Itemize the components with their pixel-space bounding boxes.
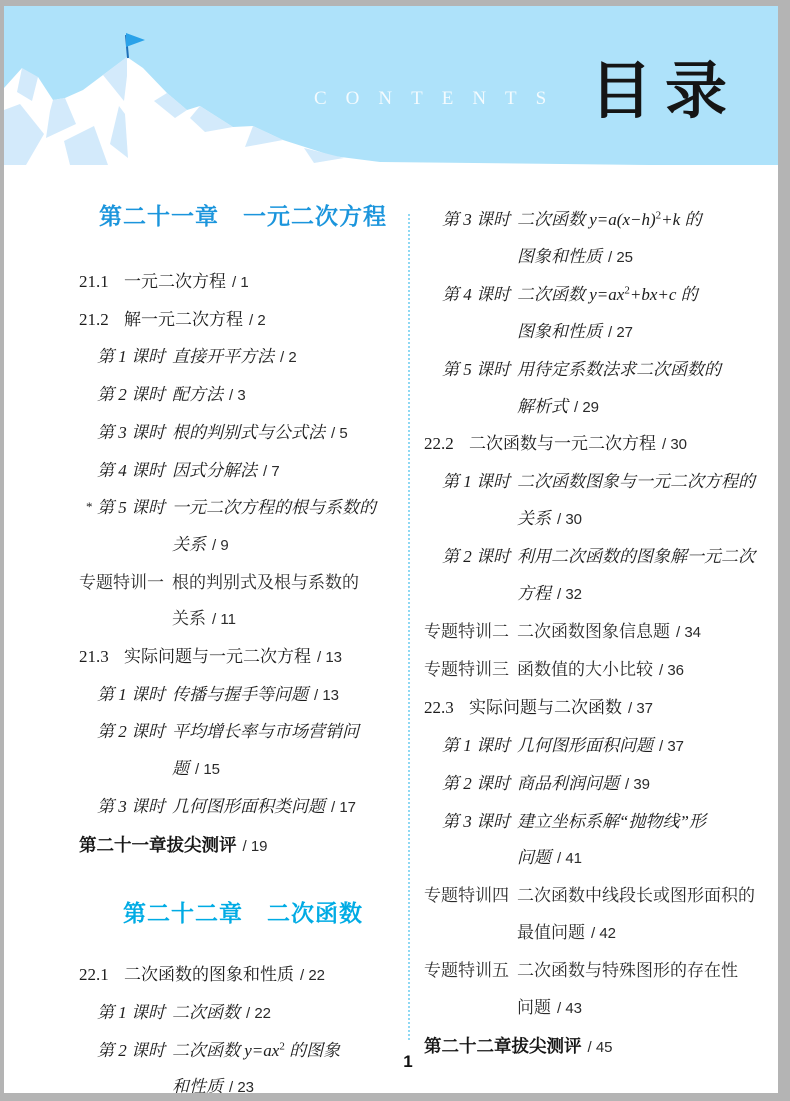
section-number: 22.1: [79, 957, 124, 994]
entry-label: 第 3 课时: [97, 789, 172, 826]
toc-entry: 第 2 课时平均增长率与市场营销问题/ 15: [97, 714, 407, 788]
title-text: 二次函数: [517, 285, 589, 304]
entry-label: 第 2 课时: [97, 714, 172, 751]
entry-title: 利用二次函数的图象解一元二次方程/ 32: [517, 539, 778, 614]
page-ref: / 34: [676, 624, 701, 641]
title-text: −: [630, 210, 641, 229]
title-text: 商品利润问题: [517, 774, 619, 793]
entry-title: 二次函数 y=ax2+bx+c 的图象和性质/ 27: [517, 277, 778, 352]
math-variable: y: [589, 210, 597, 229]
toc-entry: 第 5 课时用待定系数法求二次函数的解析式/ 29: [442, 352, 778, 427]
page-ref: / 11: [212, 611, 236, 628]
page-ref: / 9: [212, 537, 229, 554]
title-text: 问题: [517, 848, 551, 867]
entry-label: 第 1 课时: [97, 677, 172, 714]
title-text: 和性质: [172, 1077, 223, 1093]
title-text: 二次函数与特殊图形的存在性: [517, 961, 738, 980]
page-ref: / 1: [232, 274, 249, 291]
entry-title: 二次函数与特殊图形的存在性问题/ 43: [517, 953, 778, 1028]
entry-title: 二次函数中线段长或图形面积的最值问题/ 42: [517, 878, 778, 953]
entry-label: 专题特训四: [424, 878, 517, 915]
flag-icon: [126, 33, 145, 58]
entry-title: 二次函数的图象和性质/ 22: [124, 957, 407, 995]
title-text: 根的判别式与公式法: [172, 423, 325, 442]
toc-column-right: 第 3 课时二次函数 y=a(x−h)2+k 的图象和性质/ 25第 4 课时二…: [424, 202, 778, 1067]
entry-title: 实际问题与一元二次方程/ 13: [124, 639, 407, 677]
page-ref: / 25: [608, 249, 633, 266]
entry-title: 解一元二次方程/ 2: [124, 302, 407, 340]
toc-entry: 21.1一元二次方程/ 1: [79, 264, 407, 302]
title-text: 解一元二次方程: [124, 310, 243, 329]
entry-label: 第 5 课时: [442, 352, 517, 389]
page-ref: / 23: [229, 1079, 254, 1093]
page-ref: / 39: [625, 776, 650, 793]
title-text: 关系: [172, 535, 206, 554]
entry-title: 配方法/ 3: [172, 377, 407, 415]
section-number: 21.3: [79, 639, 124, 676]
entry-label: 第 3 课时: [442, 804, 517, 841]
section-number: 21.1: [79, 264, 124, 301]
entry-title: 二次函数/ 22: [172, 995, 407, 1033]
banner: CONTENTS 目录: [4, 6, 778, 165]
toc-entry: 第 2 课时配方法/ 3: [97, 377, 407, 415]
page-ref: / 43: [557, 1000, 582, 1017]
math-variable: ax: [608, 285, 624, 304]
title-text: 的: [680, 210, 701, 229]
title-text: 利用二次函数的图象解一元二次: [517, 547, 755, 566]
entry-label: 第 1 课时: [97, 995, 172, 1032]
entry-label: 第 4 课时: [97, 453, 172, 490]
toc-entry: 专题特训二二次函数图象信息题/ 34: [424, 614, 778, 652]
page-ref: / 7: [263, 463, 280, 480]
page-ref: / 22: [246, 1005, 271, 1022]
entry-label: 第 2 课时: [442, 766, 517, 803]
title-text: 第二十一章拔尖测评: [79, 835, 237, 855]
math-variable: x: [622, 210, 630, 229]
page-ref: / 37: [628, 700, 653, 717]
page-ref: / 45: [588, 1039, 613, 1056]
toc-entry: 专题特训四二次函数中线段长或图形面积的最值问题/ 42: [424, 878, 778, 953]
entry-title: 第二十一章拔尖测评/ 19: [79, 827, 407, 866]
entry-label: 第 1 课时: [442, 464, 517, 501]
title-text: 解析式: [517, 397, 568, 416]
title-text: 实际问题与一元二次方程: [124, 647, 311, 666]
page-ref: / 2: [249, 312, 266, 329]
entry-label: 第 3 课时: [97, 415, 172, 452]
title-text: 第二十二章拔尖测评: [424, 1036, 582, 1056]
section-number: 22.3: [424, 690, 469, 727]
title-text: 关系: [172, 609, 206, 628]
page-ref: / 17: [331, 799, 356, 816]
toc-entry: 第 2 课时商品利润问题/ 39: [442, 766, 778, 804]
entry-title: 一元二次方程的根与系数的关系/ 9: [172, 490, 407, 564]
title-text: 根的判别式及根与系数的: [172, 573, 359, 592]
toc-entry: 第 3 课时几何图形面积类问题/ 17: [97, 789, 407, 827]
entry-title: 根的判别式及根与系数的关系/ 11: [172, 565, 407, 639]
toc-entry: 第 1 课时直接开平方法/ 2: [97, 339, 407, 377]
toc-entry: 第 2 课时二次函数 y=ax2 的图象和性质/ 23: [97, 1033, 407, 1093]
toc-entry: 22.3实际问题与二次函数/ 37: [424, 690, 778, 728]
entry-label: 第 1 课时: [442, 728, 517, 765]
title-text: 图象和性质: [517, 322, 602, 341]
title-text: +: [657, 285, 668, 304]
entry-title: 几何图形面积类问题/ 17: [172, 789, 407, 827]
toc-sheet: CONTENTS 目录 第二十一章 一元二次方程21.1一元二次方程/ 121.…: [4, 6, 778, 1093]
page-ref: / 30: [557, 511, 582, 528]
toc-entry: 专题特训五二次函数与特殊图形的存在性问题/ 43: [424, 953, 778, 1028]
title-text: 二次函数的图象和性质: [124, 965, 294, 984]
title-text: 图象和性质: [517, 247, 602, 266]
title-text: 几何图形面积类问题: [172, 797, 325, 816]
title-text: 二次函数中线段长或图形面积的: [517, 886, 755, 905]
entry-title: 因式分解法/ 7: [172, 453, 407, 491]
title-text: 用待定系数法求二次函数的: [517, 360, 721, 379]
toc-entry: 21.3实际问题与一元二次方程/ 13: [79, 639, 407, 677]
title-text: 的: [676, 285, 697, 304]
toc-column-left: 第二十一章 一元二次方程21.1一元二次方程/ 121.2解一元二次方程/ 2第…: [79, 198, 407, 1093]
entry-label: 第 2 课时: [442, 539, 517, 576]
chapter-heading: 第二十一章 一元二次方程: [79, 198, 407, 234]
entry-title: 一元二次方程/ 1: [124, 264, 407, 302]
toc-entry: 22.2二次函数与一元二次方程/ 30: [424, 426, 778, 464]
math-variable: h: [641, 210, 650, 229]
page-ref: / 5: [331, 425, 348, 442]
toc-entry: 第 3 课时二次函数 y=a(x−h)2+k 的图象和性质/ 25: [442, 202, 778, 277]
page-ref: / 30: [662, 436, 687, 453]
title-text: =: [252, 1041, 263, 1060]
page-ref: / 36: [659, 662, 684, 679]
title-text: 几何图形面积问题: [517, 736, 653, 755]
entry-title: 函数值的大小比较/ 36: [517, 652, 778, 690]
toc-entry: 21.2解一元二次方程/ 2: [79, 302, 407, 340]
entry-label: 专题特训二: [424, 614, 517, 651]
entry-title: 几何图形面积问题/ 37: [517, 728, 778, 766]
title-text: 因式分解法: [172, 461, 257, 480]
title-text: =: [597, 210, 608, 229]
title-text: 传播与握手等问题: [172, 685, 308, 704]
title-text: 建立坐标系解“抛物线”形: [517, 812, 706, 831]
page-ref: / 29: [574, 399, 599, 416]
math-variable: y: [589, 285, 597, 304]
title-text: 二次函数图象与一元二次方程的: [517, 472, 755, 491]
entry-label: 第 2 课时: [97, 1033, 172, 1070]
title-text: 配方法: [172, 385, 223, 404]
title-text: 二次函数: [172, 1003, 240, 1022]
page-number: 1: [400, 1052, 416, 1072]
page-ref: / 3: [229, 387, 246, 404]
toc-entry: 第 4 课时因式分解法/ 7: [97, 453, 407, 491]
page-ref: / 37: [659, 738, 684, 755]
toc-entry: 第 1 课时几何图形面积问题/ 37: [442, 728, 778, 766]
title-text: 的图象: [285, 1041, 340, 1060]
title-text: +: [661, 210, 672, 229]
toc-entry: 第二十一章拔尖测评/ 19: [79, 827, 407, 866]
star-marker: *: [86, 489, 93, 526]
entry-title: 建立坐标系解“抛物线”形问题/ 41: [517, 804, 778, 879]
entry-label: 第 3 课时: [442, 202, 517, 239]
math-variable: a: [608, 210, 617, 229]
entry-title: 平均增长率与市场营销问题/ 15: [172, 714, 407, 788]
toc-entry: 专题特训一根的判别式及根与系数的关系/ 11: [79, 565, 407, 639]
entry-label: 第 4 课时: [442, 277, 517, 314]
entry-title: 二次函数图象与一元二次方程的关系/ 30: [517, 464, 778, 539]
entry-label: 第 2 课时: [97, 377, 172, 414]
title-text: 方程: [517, 584, 551, 603]
toc-entry: 第 3 课时根的判别式与公式法/ 5: [97, 415, 407, 453]
entry-title: 二次函数图象信息题/ 34: [517, 614, 778, 652]
page-ref: / 13: [314, 687, 339, 704]
page-ref: / 42: [591, 925, 616, 942]
section-number: 22.2: [424, 426, 469, 463]
page-ref: / 13: [317, 649, 342, 666]
toc-entry: 第 1 课时二次函数图象与一元二次方程的关系/ 30: [442, 464, 778, 539]
title-text: 二次函数与一元二次方程: [469, 434, 656, 453]
toc-entry: 22.1二次函数的图象和性质/ 22: [79, 957, 407, 995]
math-variable: y: [244, 1041, 252, 1060]
page-ref: / 32: [557, 586, 582, 603]
title-text: 问题: [517, 998, 551, 1017]
title-text: 二次函数: [172, 1041, 244, 1060]
entry-label: 专题特训五: [424, 953, 517, 990]
entry-title: 实际问题与二次函数/ 37: [469, 690, 778, 728]
title-text: 最值问题: [517, 923, 585, 942]
title-text: 一元二次方程的根与系数的: [172, 498, 376, 517]
title-text: 函数值的大小比较: [517, 660, 653, 679]
toc-entry: 第 2 课时利用二次函数的图象解一元二次方程/ 32: [442, 539, 778, 614]
title-text: 二次函数图象信息题: [517, 622, 670, 641]
page-ref: / 41: [557, 850, 582, 867]
title-text: 二次函数: [517, 210, 589, 229]
title-text: +: [630, 285, 641, 304]
title-text: 一元二次方程: [124, 272, 226, 291]
entry-label: 专题特训一: [79, 565, 172, 602]
toc-entry: 第 4 课时二次函数 y=ax2+bx+c 的图象和性质/ 27: [442, 277, 778, 352]
chapter-heading: 第二十二章 二次函数: [79, 895, 407, 931]
entry-title: 二次函数 y=ax2 的图象和性质/ 23: [172, 1033, 407, 1093]
toc-entry: 第 3 课时建立坐标系解“抛物线”形问题/ 41: [442, 804, 778, 879]
page-ref: / 2: [280, 349, 297, 366]
entry-label: 专题特训三: [424, 652, 517, 689]
title-text: =: [597, 285, 608, 304]
toc-entry: 第 5 课时*一元二次方程的根与系数的关系/ 9: [97, 490, 407, 564]
toc-entry: 第二十二章拔尖测评/ 45: [424, 1028, 778, 1067]
toc-entry: 第 1 课时二次函数/ 22: [97, 995, 407, 1033]
page-ref: / 27: [608, 324, 633, 341]
entry-title: 二次函数与一元二次方程/ 30: [469, 426, 778, 464]
page-ref: / 22: [300, 967, 325, 984]
entry-label: 第 5 课时*: [97, 490, 172, 527]
entry-title: 商品利润问题/ 39: [517, 766, 778, 804]
entry-title: 用待定系数法求二次函数的解析式/ 29: [517, 352, 778, 427]
math-variable: ax: [263, 1041, 279, 1060]
entry-title: 根的判别式与公式法/ 5: [172, 415, 407, 453]
page-ref: / 19: [243, 838, 268, 855]
entry-title: 传播与握手等问题/ 13: [172, 677, 407, 715]
page-title: 目录: [590, 56, 740, 128]
title-text: 直接开平方法: [172, 347, 274, 366]
title-text: 实际问题与二次函数: [469, 698, 622, 717]
entry-label: 第 1 课时: [97, 339, 172, 376]
entry-title: 第二十二章拔尖测评/ 45: [424, 1028, 778, 1067]
contents-label: CONTENTS: [314, 88, 565, 110]
title-text: 关系: [517, 509, 551, 528]
entry-title: 直接开平方法/ 2: [172, 339, 407, 377]
toc-entry: 第 1 课时传播与握手等问题/ 13: [97, 677, 407, 715]
entry-title: 二次函数 y=a(x−h)2+k 的图象和性质/ 25: [517, 202, 778, 277]
section-number: 21.2: [79, 302, 124, 339]
math-variable: bx: [641, 285, 657, 304]
page-ref: / 15: [195, 761, 220, 778]
column-divider: [408, 214, 410, 1040]
toc-entry: 专题特训三函数值的大小比较/ 36: [424, 652, 778, 690]
